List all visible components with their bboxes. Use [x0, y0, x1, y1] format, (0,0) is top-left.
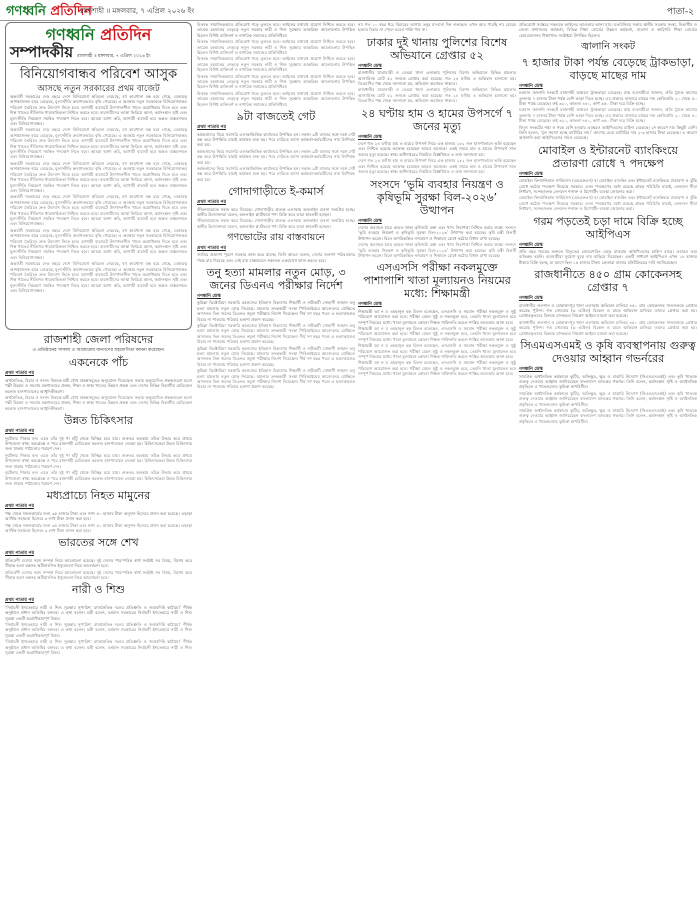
article-kicker: গণধ্বনি ডেস্ক	[519, 172, 697, 177]
article-kicker: প্রথম পাতার পর	[197, 125, 355, 130]
editorial-body-text-cont4: অন্তর্বর্তী সরকারের দেড় বছরে দেশে বিনিয…	[10, 228, 187, 260]
article-body-cont2: শিক্ষামন্ত্রী আ ন ম এহছানুল হক মিলন বলেছ…	[358, 343, 516, 359]
article-body-cont: পক্ষ থেকে দাফনকার্যের জন্য ৩৫ হাজার টাকা…	[5, 523, 192, 534]
article-continuation-ips: বিদ্যুৎ সংকটের শঙ্কা ও গরম বেশি হওয়ায় …	[519, 125, 697, 141]
article-body: চলমান জ্বালানি সংকটে রাজশাহী অঞ্চলে ট্রা…	[519, 90, 697, 106]
editorial-date: রাজশাহী ॥ মঙ্গলবার, ৭ এপ্রিল ২০২৬ ইং	[77, 54, 150, 59]
article-headline-moddhoprachye: মধ্যপ্রাচ্যে নিহত মামুনের	[5, 489, 192, 502]
editorial-body-text-cont: অন্তর্বর্তী সরকারের দেড় বছরে দেশে বিনিয…	[10, 127, 187, 159]
article-body-cont: জীবনযাত্রাকে সহজ করে দিয়েছে। গোদাগাড়ীর…	[197, 218, 355, 229]
column-4: প্রতিরোধে সর্বস্তরে সকলকে আইনের আওতায় আ…	[519, 22, 697, 907]
editorial-headline: বিনিয়োগবান্ধব পরিবেশ আসুক	[10, 67, 187, 82]
editorial-body: অন্তর্বর্তী সরকারের দেড় বছরে দেশে বিনিয…	[10, 94, 187, 294]
article-body-cont3: কুমিল্লা ভিক্টোরিয়া সরকারি কলেজের ইতিহা…	[197, 368, 355, 390]
article-kicker: গণধ্বনি ডেস্ক	[358, 302, 516, 307]
article-body: দুর্ঘটনায় শিকার হন। এতে তাঁর দুই পা হাঁ…	[5, 436, 192, 452]
article-body: দেশে গত ২৪ ঘণ্টায় হাম ও হামের উপসর্গ নি…	[358, 141, 516, 157]
article-body: রাজধানীর যাত্রাবাড়ী ও ডেমরা থানা এলাকায…	[358, 70, 516, 86]
article-body-cont: রাজধানীর গুলশান ও মোহাম্মদপুর থানা এলাকা…	[519, 320, 697, 336]
article-continuation: না। গত ১০ বছর ধরে বিচারের আশায় তনুর মা-…	[358, 22, 516, 33]
article-body: শিক্ষামন্ত্রী আ ন ম এহছানুল হক মিলন বলেছ…	[358, 309, 516, 325]
article-body-cont: দেশের অব্যাহত হারে কমতে থাকা কৃষিজমি রক্…	[358, 242, 516, 258]
article-body-cont: সামগ্রিক অর্থনৈতিক কর্মকাণ্ডে কুটির, অতি…	[519, 391, 697, 407]
article-body: কর্মকর্তাদের নিয়ে সরাসরি এলাকাভিত্তিক ক…	[197, 132, 355, 148]
article-body-cont2: সামগ্রিক অর্থনৈতিক কর্মকাণ্ডে কুটির, অতি…	[519, 408, 697, 424]
article-body-cont: দেশে গত ২৪ ঘণ্টায় হাম ও হামের উপসর্গ নি…	[358, 158, 516, 174]
editorial-box: গণধ্বনি প্রতিদিন সম্পাদকীয় রাজশাহী ॥ মঙ…	[5, 22, 192, 330]
editorial-logo-green: গণধ্বনি	[46, 25, 95, 44]
article-body-cont2: ‘নির্বাচনী ইশতেহারে নারী ও শিশু সুরক্ষার…	[5, 639, 192, 655]
article-kicker: গণধ্বনি ডেস্ক	[358, 135, 516, 140]
article-kicker: গণধ্বনি ডেস্ক	[519, 243, 697, 248]
article-kicker: গণধ্বনি ডেস্ক	[358, 64, 516, 69]
article-body-cont2: কর্মকর্তাদের নিয়ে সরাসরি এলাকাভিত্তিক ক…	[197, 166, 355, 182]
article-kicker: প্রথম পাতার পর	[5, 371, 192, 376]
article-continuation-5: বিরুদ্ধে সামাজিকভাবে প্রতিরোধ গড়ে তুলতে…	[197, 91, 355, 107]
article-body: প্রতি বছর গরমের শুরুতে বিদ্যুতের লোডশেডি…	[519, 249, 697, 265]
article-kicker: প্রথম পাতার পর	[197, 246, 355, 251]
editorial-body-text-cont5: অন্তর্বর্তী সরকারের দেড় বছরে দেশে বিনিয…	[10, 261, 187, 293]
article-continuation-2: বিরুদ্ধে সামাজিকভাবে প্রতিরোধ গড়ে তুলতে…	[197, 39, 355, 55]
article-body-cont: প্রতিবেশী দেশের সঙ্গে সম্পর্ক নিয়ে আলোচ…	[5, 570, 192, 581]
article-kicker: প্রথম পাতার পর	[5, 429, 192, 434]
article-body: পক্ষ থেকে দাফনকার্যের জন্য ৩৫ হাজার টাকা…	[5, 511, 192, 522]
newspaper-logo: গণধ্বনি প্রতিদিন	[6, 2, 92, 23]
article-kicker: প্রথম পাতার পর	[5, 551, 192, 556]
article-headline-cmsme-krishi: সিএমএসএমই ও কৃষি ব্যবস্থাপনায় গুরুত্ব দ…	[519, 339, 697, 365]
article-kicker: প্রথম পাতার পর	[197, 200, 355, 205]
article-body-cont: রাজধানীর যাত্রাবাড়ী ও ডেমরা থানা এলাকায…	[358, 87, 516, 103]
editorial-section-title: সম্পাদকীয়	[10, 44, 73, 61]
article-body: কুমিল্লা ভিক্টোরিয়া সরকারি কলেজের ইতিহা…	[197, 300, 355, 322]
article-body-cont: চলমান জ্বালানি সংকটে রাজশাহী অঞ্চলে ট্রা…	[519, 107, 697, 123]
article-body: রাজধানীর গুলশান ও মোহাম্মদপুর থানা এলাকা…	[519, 303, 697, 319]
article-continuation: বিরুদ্ধে সামাজিকভাবে প্রতিরোধ গড়ে তুলতে…	[197, 22, 355, 38]
article-body: প্রতিবেশী দেশের সঙ্গে সম্পর্ক নিয়ে আলোচ…	[5, 558, 192, 569]
article-body-cont3: শিক্ষামন্ত্রী আ ন ম এহছানুল হক মিলন বলেছ…	[358, 360, 516, 376]
editorial-body-text-cont3: অন্তর্বর্তী সরকারের দেড় বছরে দেশে বিনিয…	[10, 194, 187, 226]
article-headline-unnato-chikitsa: উন্নত চিকিৎসার	[5, 414, 192, 427]
article-headline-24-ghonta-ham: ২৪ ঘণ্টায় হাম ও হামের উপসর্গে ৭ জনের মৃ…	[358, 107, 516, 133]
article-body-cont: দুর্ঘটনায় শিকার হন। এতে তাঁর দুই পা হাঁ…	[5, 453, 192, 469]
article-body-cont: শিক্ষামন্ত্রী আ ন ম এহছানুল হক মিলন বলেছ…	[358, 326, 516, 342]
article-headline-cocaine-greftar: রাজধানীতে ৪৫০ গ্রাম কোকেনসহ গ্রেপ্তার ৭	[519, 268, 697, 294]
article-continuation-4: বিরুদ্ধে সামাজিকভাবে প্রতিরোধ গড়ে তুলতে…	[197, 74, 355, 90]
editorial-body-text-cont2: অন্তর্বর্তী সরকারের দেড় বছরে দেশে বিনিয…	[10, 161, 187, 193]
editorial-body-text: অন্তর্বর্তী সরকারের দেড় বছরে দেশে বিনিয…	[10, 94, 187, 126]
article-body-cont: কর্মকর্তাদের নিয়ে সরাসরি এলাকাভিত্তিক ক…	[197, 149, 355, 165]
article-body: অর্থনৈতিক, বিচার ও সংসদ বিষয়ক মন্ত্রী য…	[5, 378, 192, 394]
article-continuation: প্রতিরোধে সর্বস্তরে সকলকে আইনের আওতায় আ…	[519, 22, 697, 38]
article-body-cont: ‘নির্বাচনী ইশতেহারে নারী ও শিশু সুরক্ষার…	[5, 622, 192, 638]
article-headline-tonu-hotya: তনু হত্যা মামলার নতুন মোড়, ৩ জনের ডিএনএ…	[197, 266, 355, 292]
zila-parishad-notice: এ প্রতিষ্ঠানের সাফল্য ও অগ্রযাত্রায় জনগ…	[5, 348, 192, 353]
article-headline-gorom-ips: গরম পড়তেই চড়া দামে বিক্রি হচ্ছে আইপিএস	[519, 215, 697, 241]
article-headline-mobile-banking: মোবাইল ও ইন্টারনেট ব্যাংকিংয়ে প্রতারণা …	[519, 144, 697, 170]
article-body: সামগ্রিক অর্থনৈতিক কর্মকাণ্ডে কুটির, অতি…	[519, 374, 697, 390]
article-kicker: প্রথম পাতার পর	[5, 598, 192, 603]
article-body: দেশের অব্যাহত হারে কমতে থাকা কৃষিজমি রক্…	[358, 225, 516, 241]
article-body: জাতির প্রত্যাশা পূরণে সরকার কাজ করে যাচ্…	[197, 252, 355, 263]
article-body: মোবাইল ফিন্যান্সিয়াল সার্ভিসেস (এমএফএস)…	[519, 178, 697, 194]
article-body-cont: অর্থনৈতিক, বিচার ও সংসদ বিষয়ক মন্ত্রী য…	[5, 395, 192, 411]
article-body-cont2: দুর্ঘটনায় শিকার হন। এতে তাঁর দুই পা হাঁ…	[5, 470, 192, 486]
editorial-subheadline: আসছে নতুন সরকারের প্রথম বাজেট	[10, 84, 187, 94]
article-kicker: গণধ্বনি ডেস্ক	[519, 296, 697, 301]
zila-parishad-headline: রাজশাহী জেলা পরিষদের	[5, 333, 192, 346]
article-body: জীবনযাত্রাকে সহজ করে দিয়েছে। গোদাগাড়ীর…	[197, 207, 355, 218]
article-body-cont: মোবাইল ফিন্যান্সিয়াল সার্ভিসেস (এমএফএস)…	[519, 195, 697, 211]
article-kicker: প্রথম পাতার পর	[5, 504, 192, 509]
article-body-cont2: কুমিল্লা ভিক্টোরিয়া সরকারি কলেজের ইতিহা…	[197, 346, 355, 368]
article-headline-bharoter-songe: ভারতের সঙ্গে শেখ	[5, 536, 192, 549]
article-headline-godagari-ecommerce: গোদাগাড়ীতে ই-কমার্স	[197, 185, 355, 198]
page-number: পাতা-২	[667, 4, 694, 19]
article-headline-nari-o-shishu: নারী ও শিশু	[5, 583, 192, 596]
page-masthead: গণধ্বনি প্রতিদিন রাজশাহী ॥ মঙ্গলবার, ৭ এ…	[0, 0, 700, 21]
editorial-title-row: সম্পাদকীয় রাজশাহী ॥ মঙ্গলবার, ৭ এপ্রিল …	[10, 44, 187, 64]
article-headline-gonovoter-ray: গণভোটের রায় বাস্তবায়নে	[197, 232, 355, 244]
logo-part-green: গণধ্বনি	[6, 4, 46, 19]
article-kicker: গণধ্বনি ডেস্ক	[358, 219, 516, 224]
article-kicker: গণধ্বনি ডেস্ক	[197, 294, 355, 299]
article-continuation-3: বিরুদ্ধে সামাজিকভাবে প্রতিরোধ গড়ে তুলতে…	[197, 56, 355, 72]
article-headline-9ta-bajtei-gate: ৯টা বাজতেই গেট	[197, 110, 355, 123]
editorial-logo: গণধ্বনি প্রতিদিন	[10, 26, 187, 44]
article-headline-truck-bhara: ৭ হাজার টাকা পর্যন্ত বেড়েছে ট্রাকভাড়া,…	[519, 56, 697, 82]
editorial-logo-red: প্রতিদিন	[100, 25, 151, 44]
article-headline-ekanekke: একনেকে পাঁচ	[5, 356, 192, 369]
article-headline-songsode-bhumi: সংসদে ‘ভূমি ব্যবহার নিয়ন্ত্রণ ও কৃষিভূম…	[358, 178, 516, 217]
article-kicker-jwalani-sonkot: জ্বালানি সংকট	[519, 41, 697, 53]
dateline: রাজশাহী ॥ মঙ্গলবার, ৭ এপ্রিল ২০২৬ ইং	[80, 5, 194, 17]
article-body-cont: কুমিল্লা ভিক্টোরিয়া সরকারি কলেজের ইতিহা…	[197, 323, 355, 345]
article-headline-ssc-porikkha: এসএসসি পরীক্ষা নকলমুক্তে পাশাপাশি খাতা ম…	[358, 261, 516, 300]
article-headline-dhaka-dui-thana: ঢাকার দুই থানায় পুলিশের বিশেষ অভিযানে গ…	[358, 36, 516, 62]
column-1: গণধ্বনি প্রতিদিন সম্পাদকীয় রাজশাহী ॥ মঙ…	[5, 22, 192, 907]
article-kicker: গণধ্বনি ডেস্ক	[519, 367, 697, 372]
column-2: বিরুদ্ধে সামাজিকভাবে প্রতিরোধ গড়ে তুলতে…	[197, 22, 355, 907]
column-3: না। গত ১০ বছর ধরে বিচারের আশায় তনুর মা-…	[358, 22, 516, 907]
article-body: ‘নির্বাচনী ইশতেহারে নারী ও শিশু সুরক্ষার…	[5, 605, 192, 621]
article-kicker: গণধ্বনি ডেস্ক	[519, 84, 697, 89]
